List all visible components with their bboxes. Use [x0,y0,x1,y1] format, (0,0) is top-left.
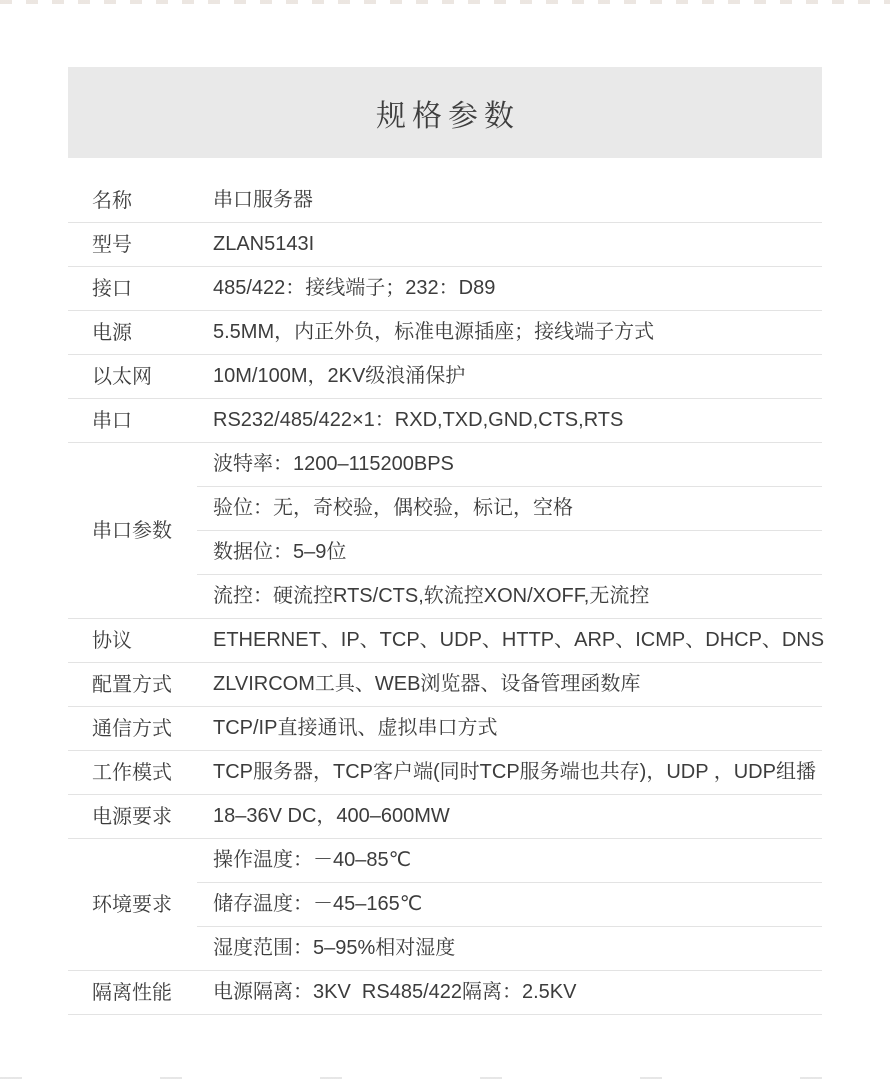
spec-row-values: RS232/485/422×1：RXD,TXD,GND,CTS,RTS [197,399,822,442]
spec-row-value: 储存温度：－45–165℃ [197,883,822,927]
spec-row: 名称串口服务器 [68,179,822,223]
spec-row-values: ETHERNET、IP、TCP、UDP、HTTP、ARP、ICMP、DHCP、D… [197,619,822,662]
page-title: 规格参数 [370,91,520,135]
spec-row: 电源要求18–36V DC，400–600MW [68,795,822,839]
spec-row-value: TCP服务器，TCP客户端(同时TCP服务端也共存)，UDP ，UDP组播 [197,751,822,794]
spec-row-label: 接口 [68,267,197,310]
spec-row-value: ZLAN5143I [197,223,822,266]
spec-row-value: 18–36V DC，400–600MW [197,795,822,838]
spec-table: 名称串口服务器型号ZLAN5143I接口485/422：接线端子；232：D89… [68,179,822,1015]
spec-row-label: 串口参数 [68,443,197,618]
spec-row-label: 配置方式 [68,663,197,706]
spec-row-value: 电源隔离：3KV RS485/422隔离：2.5KV [197,971,822,1014]
spec-row-values: 操作温度：－40–85℃储存温度：－45–165℃湿度范围：5–95%相对湿度 [197,839,822,970]
spec-row-label: 型号 [68,223,197,266]
spec-row-label: 环境要求 [68,839,197,970]
spec-row: 接口485/422：接线端子；232：D89 [68,267,822,311]
spec-row-value: RS232/485/422×1：RXD,TXD,GND,CTS,RTS [197,399,822,442]
spec-row-value: 串口服务器 [197,179,822,222]
spec-row-values: 485/422：接线端子；232：D89 [197,267,822,310]
spec-row-value: 流控：硬流控RTS/CTS,软流控XON/XOFF,无流控 [197,575,822,618]
spec-row: 通信方式TCP/IP直接通讯、虚拟串口方式 [68,707,822,751]
spec-row-label: 电源 [68,311,197,354]
spec-row-values: 波特率：1200–115200BPS验位：无，奇校验，偶校验，标记，空格数据位：… [197,443,822,618]
previous-section-edge [0,0,890,4]
spec-row-label: 名称 [68,179,197,222]
spec-row-value: 485/422：接线端子；232：D89 [197,267,822,310]
spec-row: 串口参数波特率：1200–115200BPS验位：无，奇校验，偶校验，标记，空格… [68,443,822,619]
spec-section-header: 规格参数 [68,67,822,158]
spec-row: 环境要求操作温度：－40–85℃储存温度：－45–165℃湿度范围：5–95%相… [68,839,822,971]
spec-row-value: 5.5MM，内正外负，标准电源插座；接线端子方式 [197,311,822,354]
spec-row: 型号ZLAN5143I [68,223,822,267]
spec-row-value: 波特率：1200–115200BPS [197,443,822,487]
spec-row: 电源5.5MM，内正外负，标准电源插座；接线端子方式 [68,311,822,355]
spec-row-value: TCP/IP直接通讯、虚拟串口方式 [197,707,822,750]
spec-row: 协议ETHERNET、IP、TCP、UDP、HTTP、ARP、ICMP、DHCP… [68,619,822,663]
spec-row-values: 18–36V DC，400–600MW [197,795,822,838]
spec-row: 隔离性能电源隔离：3KV RS485/422隔离：2.5KV [68,971,822,1015]
spec-row-label: 通信方式 [68,707,197,750]
spec-row-value: 湿度范围：5–95%相对湿度 [197,927,822,970]
spec-row: 工作模式TCP服务器，TCP客户端(同时TCP服务端也共存)，UDP ，UDP组… [68,751,822,795]
spec-row-values: TCP服务器，TCP客户端(同时TCP服务端也共存)，UDP ，UDP组播 [197,751,822,794]
spec-row-value: 操作温度：－40–85℃ [197,839,822,883]
spec-row-values: 电源隔离：3KV RS485/422隔离：2.5KV [197,971,822,1014]
spec-row: 配置方式ZLVIRCOM工具、WEB浏览器、设备管理函数库 [68,663,822,707]
spec-row-value: 10M/100M，2KV级浪涌保护 [197,355,822,398]
spec-row-label: 串口 [68,399,197,442]
spec-row-label: 隔离性能 [68,971,197,1014]
spec-row-value: ZLVIRCOM工具、WEB浏览器、设备管理函数库 [197,663,822,706]
spec-row-value: 数据位：5–9位 [197,531,822,575]
spec-row-label: 协议 [68,619,197,662]
spec-row: 串口RS232/485/422×1：RXD,TXD,GND,CTS,RTS [68,399,822,443]
spec-row-values: TCP/IP直接通讯、虚拟串口方式 [197,707,822,750]
spec-row-values: 5.5MM，内正外负，标准电源插座；接线端子方式 [197,311,822,354]
spec-row-value: 验位：无，奇校验，偶校验，标记，空格 [197,487,822,531]
spec-row-label: 工作模式 [68,751,197,794]
spec-row-values: ZLAN5143I [197,223,822,266]
spec-row-label: 以太网 [68,355,197,398]
spec-row-label: 电源要求 [68,795,197,838]
spec-row-value: ETHERNET、IP、TCP、UDP、HTTP、ARP、ICMP、DHCP、D… [197,619,822,662]
spec-row: 以太网10M/100M，2KV级浪涌保护 [68,355,822,399]
spec-row-values: 串口服务器 [197,179,822,222]
spec-row-values: ZLVIRCOM工具、WEB浏览器、设备管理函数库 [197,663,822,706]
spec-row-values: 10M/100M，2KV级浪涌保护 [197,355,822,398]
